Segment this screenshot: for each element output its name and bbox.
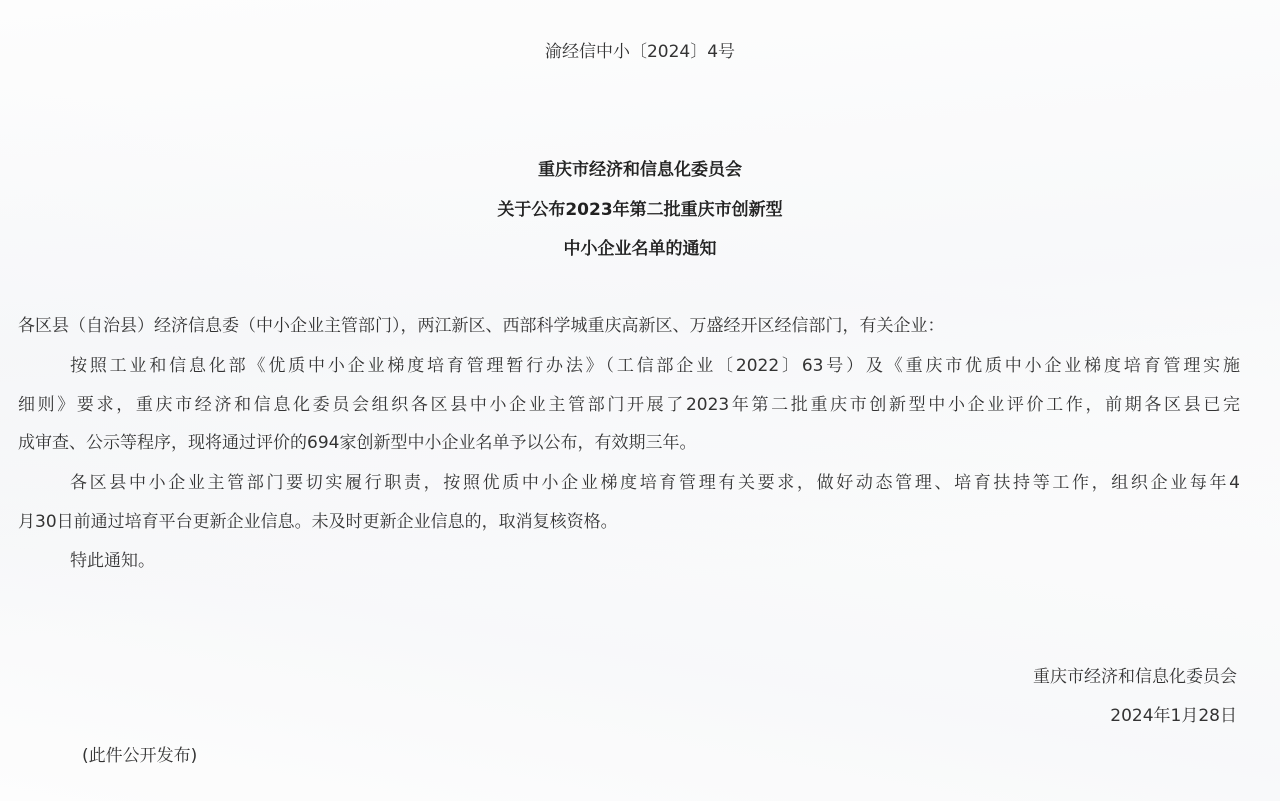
signature: 重庆市经济和信息化委员会	[1033, 666, 1237, 688]
paragraph-line: 按照工业和信息化部《优质中小企业梯度培育管理暂行办法》（工信部企业〔2022〕6…	[70, 355, 1240, 377]
title-line-1: 重庆市经济和信息化委员会	[0, 159, 1280, 181]
closing-line: 特此通知。	[70, 550, 155, 572]
title-line-2: 关于公布2023年第二批重庆市创新型	[0, 199, 1280, 221]
paragraph-line: 成审查、公示等程序，现将通过评价的694家创新型中小企业名单予以公布，有效期三年…	[18, 432, 1240, 454]
document-date: 2024年1月28日	[1110, 705, 1237, 727]
paragraph-line: 月30日前通过培育平台更新企业信息。未及时更新企业信息的，取消复核资格。	[18, 511, 1240, 533]
publish-note: (此件公开发布)	[82, 745, 197, 767]
paragraph-line: 细则》要求，重庆市经济和信息化委员会组织各区县中小企业主管部门开展了2023年第…	[18, 394, 1240, 416]
paragraph-line: 各区县中小企业主管部门要切实履行职责，按照优质中小企业梯度培育管理有关要求，做好…	[70, 472, 1240, 494]
document-number: 渝经信中小〔2024〕4号	[0, 41, 1280, 63]
salutation: 各区县（自治县）经济信息委（中小企业主管部门），两江新区、西部科学城重庆高新区、…	[18, 315, 1240, 337]
title-line-3: 中小企业名单的通知	[0, 238, 1280, 260]
